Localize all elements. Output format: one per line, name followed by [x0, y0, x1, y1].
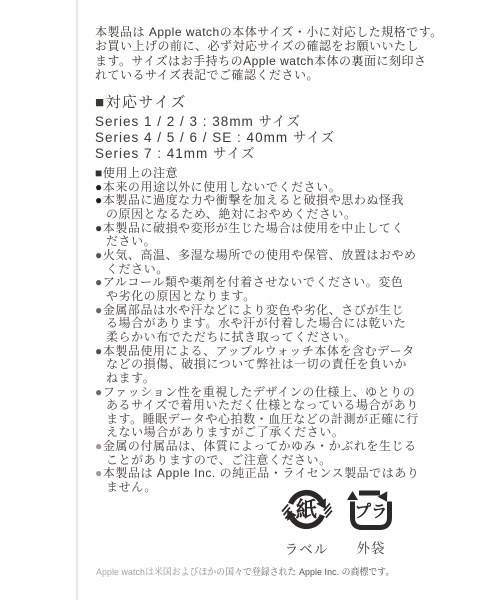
note-line: ●金属の付属品は、体質によってかゆみ・かぶれを生じる: [95, 440, 430, 454]
bullet-icon: ●: [95, 385, 103, 399]
note-line: ●火気、高温、多湿な場所での使用や保管、放置はおやめ: [95, 249, 430, 263]
note-text: 本来の用途以外に使用しないでください。: [103, 180, 341, 194]
note-item: ●本製品に過度な力や衝撃を加えると破損や思わぬ怪我 の原因となるため、絶対におや…: [95, 194, 430, 221]
bullet-icon: ●: [95, 466, 103, 480]
note-line: 柔らかい布でただちに拭き取ってください。: [95, 331, 430, 345]
note-text: 火気、高温、多湿な場所での使用や保管、放置はおやめ: [103, 248, 417, 262]
bullet-icon: ●: [95, 221, 103, 235]
note-text: 金属の付属品は、体質によってかゆみ・かぶれを生じる: [103, 439, 417, 453]
plastic-recycle-icon: プラ: [346, 486, 396, 535]
note-line: ねます。: [95, 372, 430, 386]
trademark-notice: Apple watchは米国およびほかの国々で登録された Apple Inc. …: [96, 564, 394, 578]
plastic-mark-kana: プラ: [355, 502, 388, 521]
size-section-heading: ■対応サイズ: [95, 93, 425, 112]
note-line: ださい。: [95, 235, 430, 249]
bullet-icon: ●: [95, 303, 103, 317]
intro-line: れているサイズ表記でご確認ください。: [95, 68, 425, 82]
note-text: 本製品は Apple Inc. の純正品・ライセンス製品ではあり: [103, 466, 420, 480]
note-text: アルコール類や薬剤を付着させないでください。変色: [103, 275, 403, 289]
note-line: などの損傷、破損について弊社は一切の責任を負いか: [95, 358, 430, 372]
intro-paragraph: 本製品は Apple watchの本体サイズ・小に対応した規格です。 お買い上げ…: [95, 25, 425, 82]
note-text: 金属部品は水や汗などにより変色や劣化、さびが生じ: [103, 303, 404, 317]
paper-mark-kanji: 紙: [295, 497, 318, 522]
note-item: ●金属の付属品は、体質によってかゆみ・かぶれを生じる ことがありますので、ご注意…: [95, 440, 430, 467]
caution-section: ■使用上の注意 ●本来の用途以外に使用しないでください。 ●本製品に過度な力や衝…: [95, 167, 430, 495]
note-item: ●アルコール類や薬剤を付着させないでください。変色 や劣化の原因となります。: [95, 276, 430, 303]
note-text: ファッション性を重視したデザインの仕様上、ゆとりの: [103, 385, 415, 399]
size-row: Series 1 / 2 / 3 : 38mm サイズ: [95, 114, 425, 130]
note-item: ●金属部品は水や汗などにより変色や劣化、さびが生じ る場合があります。水や汗が付…: [95, 304, 430, 345]
size-row: Series 7 : 41mm サイズ: [95, 146, 425, 162]
scan-edge-line: [76, 0, 78, 600]
plastic-mark-label: 外袋: [357, 537, 386, 557]
paper-recycle-icon: 紙: [280, 483, 333, 536]
note-line: る場合があります。水や汗が付着した場合には乾いた: [95, 317, 430, 331]
intro-line: 本製品は Apple watchの本体サイズ・小に対応した規格です。: [95, 25, 425, 39]
note-text: 本製品に過度な力や衝撃を加えると破損や思わぬ怪我: [103, 193, 404, 207]
note-line: ●本製品に過度な力や衝撃を加えると破損や思わぬ怪我: [95, 194, 430, 208]
size-section: ■対応サイズ Series 1 / 2 / 3 : 38mm サイズ Serie…: [95, 93, 425, 162]
note-line: ●アルコール類や薬剤を付着させないでください。変色: [95, 276, 430, 290]
note-line: あるサイズで着用いただく仕様となっている場合があり: [95, 399, 430, 413]
caution-heading: ■使用上の注意: [95, 167, 430, 181]
bullet-icon: ●: [95, 344, 103, 358]
size-row: Series 4 / 5 / 6 / SE : 40mm サイズ: [95, 130, 425, 146]
note-line: や劣化の原因となります。: [95, 290, 430, 304]
note-item: ●火気、高温、多湿な場所での使用や保管、放置はおやめ ください。: [95, 249, 430, 276]
bullet-icon: ●: [95, 180, 103, 194]
bullet-icon: ●: [95, 193, 103, 207]
note-item: ●本製品に破損や変形が生じた場合は使用を中止してく ださい。: [95, 222, 430, 249]
plastic-mark-block: プラ 外袋: [346, 483, 396, 557]
note-item: ●ファッション性を重視したデザインの仕様上、ゆとりの あるサイズで着用いただく仕…: [95, 386, 430, 441]
recycling-marks: 紙 ラベル プラ 外袋: [280, 483, 396, 558]
bullet-icon: ●: [95, 248, 103, 262]
intro-line: ます。サイズはお手持ちのApple watch本体の裏面に刻印さ: [95, 54, 425, 68]
note-text: 本製品に破損や変形が生じた場合は使用を中止してく: [103, 221, 404, 235]
note-item: ●本製品使用による、アップルウォッチ本体を含むデータ などの損傷、破損について弊…: [95, 345, 430, 386]
note-line: の原因となるため、絶対におやめください。: [95, 208, 430, 222]
bullet-icon: ●: [95, 439, 103, 453]
document-page: 本製品は Apple watchの本体サイズ・小に対応した規格です。 お買い上げ…: [0, 0, 500, 600]
note-line: ●本製品は Apple Inc. の純正品・ライセンス製品ではあり: [95, 467, 430, 481]
intro-line: お買い上げの前に、必ず対応サイズの確認をお願いいたし: [95, 39, 425, 53]
paper-mark-label: ラベル: [285, 538, 329, 558]
bullet-icon: ●: [95, 275, 103, 289]
note-text: 本製品使用による、アップルウォッチ本体を含むデータ: [103, 344, 415, 358]
size-rows: Series 1 / 2 / 3 : 38mm サイズ Series 4 / 5…: [95, 114, 425, 162]
note-line: ●本製品に破損や変形が生じた場合は使用を中止してく: [95, 222, 430, 236]
paper-mark-block: 紙 ラベル: [280, 483, 333, 558]
